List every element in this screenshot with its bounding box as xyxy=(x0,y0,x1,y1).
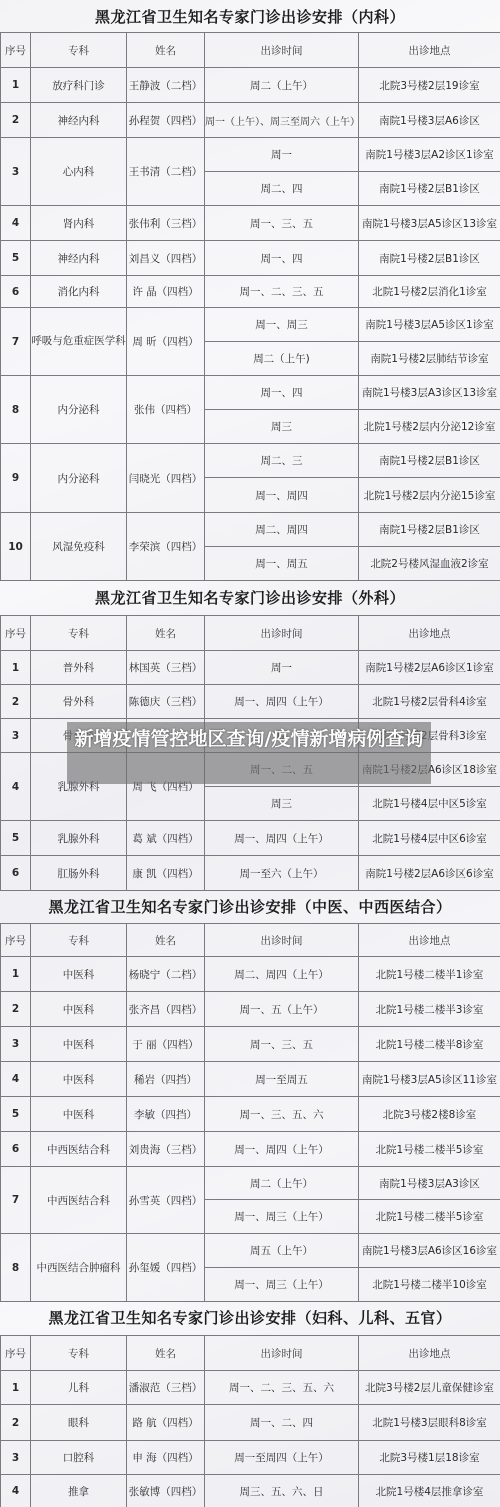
col-header-place: 出诊地点 xyxy=(359,924,500,957)
table-row: 3 口腔科 申 海（四档） 周一至周四（上午） 北院3号楼1层18诊室 xyxy=(1,1441,500,1475)
row-no: 1 xyxy=(1,68,31,103)
row-name: 潘淑范（三档） xyxy=(127,1371,205,1405)
row-name: 杨晓宁（二档） xyxy=(127,957,205,992)
table-row: 6 消化内科 许 晶（四档） 周一、二、三、五 北院1号楼2层消化1诊室 xyxy=(1,276,500,308)
row-dept: 口腔科 xyxy=(31,1441,127,1475)
row-place: 南院1号楼2层A6诊区1诊室 xyxy=(359,651,500,685)
row-time: 周二、周四 xyxy=(205,513,359,547)
row-place: 北院1号楼2层骨科4诊室 xyxy=(359,685,500,719)
row-dept: 乳腺外科 xyxy=(31,821,127,856)
row-dept: 中医科 xyxy=(31,1062,127,1097)
row-dept: 肛肠外科 xyxy=(31,856,127,891)
table-row: 7 呼吸与危重症医学科 周 昕（四档） 周一、周三 南院1号楼3层A5诊区1诊室 xyxy=(1,308,500,342)
row-no: 2 xyxy=(1,1405,31,1441)
row-no: 6 xyxy=(1,1132,31,1167)
row-name: 李敏（四挡） xyxy=(127,1097,205,1132)
row-time: 周一、周四（上午） xyxy=(205,821,359,856)
row-no: 6 xyxy=(1,856,31,891)
row-place: 南院1号楼3层A6诊区 xyxy=(359,103,500,138)
row-no: 10 xyxy=(1,513,31,581)
row-time: 周一、四 xyxy=(205,376,359,410)
row-name: 申 海（四档） xyxy=(127,1441,205,1475)
schedule-table: 序号 专科 姓名 出诊时间 出诊地点 1 中医科 杨晓宁（二档） 周二、周四（上… xyxy=(0,923,500,1302)
row-time: 周一、周三（上午） xyxy=(205,1200,359,1234)
row-time: 周一、周四（上午） xyxy=(205,1132,359,1167)
row-dept: 中医科 xyxy=(31,1097,127,1132)
section-tcm: 黑龙江省卫生知名专家门诊出诊安排（中医、中西医结合） 序号 专科 姓名 出诊时间… xyxy=(0,890,500,1302)
row-place: 南院1号楼3层A5诊区1诊室 xyxy=(359,308,500,342)
col-header-place: 出诊地点 xyxy=(359,616,500,651)
row-dept: 呼吸与危重症医学科 xyxy=(31,308,127,376)
row-dept: 内分泌科 xyxy=(31,376,127,444)
row-time: 周一、周三（上午） xyxy=(205,1268,359,1302)
table-row: 10 风湿免疫科 李荣滨（四档） 周二、周四 南院1号楼2层B1诊区 xyxy=(1,513,500,547)
row-time: 周一（上午）、周三至周六（上午） xyxy=(205,103,359,138)
row-time: 周二、周四（上午） xyxy=(205,957,359,992)
row-name: 许 晶（四档） xyxy=(127,276,205,308)
col-header-place: 出诊地点 xyxy=(359,1336,500,1371)
row-time: 周一、二、三、五 xyxy=(205,276,359,308)
row-dept: 眼科 xyxy=(31,1405,127,1441)
row-dept: 消化内科 xyxy=(31,276,127,308)
row-dept: 心内科 xyxy=(31,138,127,206)
row-time: 周一、四 xyxy=(205,241,359,276)
row-no: 4 xyxy=(1,1475,31,1507)
row-time: 周二、四 xyxy=(205,172,359,206)
table-row: 5 中医科 李敏（四挡） 周一、三、五、六 北院3号楼2楼8诊室 xyxy=(1,1097,500,1132)
row-time: 周一 xyxy=(205,138,359,172)
row-name: 王静波（二档） xyxy=(127,68,205,103)
table-row: 9 内分泌科 闫晓光（四档） 周二、三 南院1号楼2层B1诊区 xyxy=(1,444,500,478)
row-time: 周三 xyxy=(205,787,359,821)
table-row: 2 中医科 张齐昌（四档） 周一、五（上午） 北院1号楼二楼半3诊室 xyxy=(1,992,500,1027)
row-time: 周一、三、五、六 xyxy=(205,1097,359,1132)
col-header-dept: 专科 xyxy=(31,924,127,957)
row-no: 7 xyxy=(1,1167,31,1234)
row-no: 5 xyxy=(1,1097,31,1132)
row-name: 张伟（四档） xyxy=(127,376,205,444)
table-row: 3 心内科 王书清（二档） 周一 南院1号楼3层A2诊区1诊室 xyxy=(1,138,500,172)
table-header-row: 序号 专科 姓名 出诊时间 出诊地点 xyxy=(1,924,500,957)
row-name: 闫晓光（四档） xyxy=(127,444,205,513)
row-place: 北院1号楼4层推拿诊室 xyxy=(359,1475,500,1507)
row-dept: 中西医结合科 xyxy=(31,1132,127,1167)
table-row: 1 普外科 林国英（三档） 周一 南院1号楼2层A6诊区1诊室 xyxy=(1,651,500,685)
row-name: 路 航（四档） xyxy=(127,1405,205,1441)
row-place: 北院2号楼风湿血液2诊室 xyxy=(359,547,500,581)
row-place: 北院3号楼2楼8诊室 xyxy=(359,1097,500,1132)
col-header-no: 序号 xyxy=(1,924,31,957)
table-header-row: 序号 专科 姓名 出诊时间 出诊地点 xyxy=(1,33,500,68)
row-name: 康 凯（四档） xyxy=(127,856,205,891)
row-place: 南院1号楼2层A6诊区6诊室 xyxy=(359,856,500,891)
row-dept: 普外科 xyxy=(31,651,127,685)
table-row: 4 推拿 张敏博（四档） 周三、五、六、日 北院1号楼4层推拿诊室 xyxy=(1,1475,500,1507)
row-name: 王书清（二档） xyxy=(127,138,205,206)
row-time: 周二（上午） xyxy=(205,68,359,103)
row-dept: 神经内科 xyxy=(31,103,127,138)
row-no: 4 xyxy=(1,206,31,241)
row-name: 陈德庆（三档） xyxy=(127,685,205,719)
col-header-dept: 专科 xyxy=(31,1336,127,1371)
row-place: 北院1号楼二楼半3诊室 xyxy=(359,992,500,1027)
row-dept: 推拿 xyxy=(31,1475,127,1507)
row-no: 8 xyxy=(1,1234,31,1302)
col-header-no: 序号 xyxy=(1,616,31,651)
row-time: 周一、周三 xyxy=(205,308,359,342)
row-place: 北院1号楼4层中区6诊室 xyxy=(359,821,500,856)
row-place: 南院1号楼2层肺结节诊室 xyxy=(359,342,500,376)
col-header-no: 序号 xyxy=(1,33,31,68)
row-no: 3 xyxy=(1,1441,31,1475)
row-no: 2 xyxy=(1,685,31,719)
col-header-name: 姓名 xyxy=(127,616,205,651)
row-place: 南院1号楼3层A5诊区11诊室 xyxy=(359,1062,500,1097)
row-place: 南院1号楼3层A3诊区13诊室 xyxy=(359,376,500,410)
col-header-name: 姓名 xyxy=(127,924,205,957)
row-name: 张伟利（三档） xyxy=(127,206,205,241)
col-header-time: 出诊时间 xyxy=(205,924,359,957)
row-dept: 神经内科 xyxy=(31,241,127,276)
row-name: 林国英（三档） xyxy=(127,651,205,685)
table-row: 4 中医科 稀岩（四挡） 周一至周五 南院1号楼3层A5诊区11诊室 xyxy=(1,1062,500,1097)
row-dept: 中西医结合肿瘤科 xyxy=(31,1234,127,1302)
row-place: 南院1号楼2层B1诊区 xyxy=(359,513,500,547)
row-no: 5 xyxy=(1,241,31,276)
row-no: 6 xyxy=(1,276,31,308)
row-place: 北院1号楼二楼半5诊室 xyxy=(359,1132,500,1167)
row-name: 葛 斌（四档） xyxy=(127,821,205,856)
row-place: 北院1号楼二楼半5诊室 xyxy=(359,1200,500,1234)
row-no: 8 xyxy=(1,376,31,444)
row-dept: 放疗科门诊 xyxy=(31,68,127,103)
table-row: 6 中西医结合科 刘贵海（三档） 周一、周四（上午） 北院1号楼二楼半5诊室 xyxy=(1,1132,500,1167)
table-row: 3 中医科 于 丽（四档） 周一、三、五 北院1号楼二楼半8诊室 xyxy=(1,1027,500,1062)
col-header-dept: 专科 xyxy=(31,616,127,651)
row-time: 周二（上午） xyxy=(205,1167,359,1200)
table-row: 1 放疗科门诊 王静波（二档） 周二（上午） 北院3号楼2层19诊室 xyxy=(1,68,500,103)
table-row: 1 儿科 潘淑范（三档） 周一、二、三、五、六 北院3号楼2层儿童保健诊室 xyxy=(1,1371,500,1405)
row-time: 周一、周五 xyxy=(205,547,359,581)
row-place: 南院1号楼3层A5诊区13诊室 xyxy=(359,206,500,241)
row-no: 9 xyxy=(1,444,31,513)
row-time: 周一、三、五 xyxy=(205,206,359,241)
table-row: 8 中西医结合肿瘤科 孙玺媛（四档） 周五（上午） 南院1号楼3层A6诊区16诊… xyxy=(1,1234,500,1268)
row-no: 3 xyxy=(1,1027,31,1062)
section-gyn-peds-ent: 黑龙江省卫生知名专家门诊出诊安排（妇科、儿科、五官） 序号 专科 姓名 出诊时间… xyxy=(0,1300,500,1507)
row-time: 周一、周四 xyxy=(205,478,359,513)
row-place: 南院1号楼3层A3诊区 xyxy=(359,1167,500,1200)
table-row: 6 肛肠外科 康 凯（四档） 周一至六（上午） 南院1号楼2层A6诊区6诊室 xyxy=(1,856,500,891)
row-name: 刘昌义（四档） xyxy=(127,241,205,276)
row-dept: 风湿免疫科 xyxy=(31,513,127,581)
row-no: 3 xyxy=(1,719,31,753)
table-row: 5 神经内科 刘昌义（四档） 周一、四 南院1号楼2层B1诊区 xyxy=(1,241,500,276)
row-time: 周二（上午) xyxy=(205,342,359,376)
row-place: 北院1号楼2层消化1诊室 xyxy=(359,276,500,308)
row-dept: 内分泌科 xyxy=(31,444,127,513)
row-no: 7 xyxy=(1,308,31,376)
row-time: 周三 xyxy=(205,410,359,444)
row-no: 4 xyxy=(1,753,31,821)
row-dept: 骨外科 xyxy=(31,685,127,719)
table-row: 4 肾内科 张伟利（三档） 周一、三、五 南院1号楼3层A5诊区13诊室 xyxy=(1,206,500,241)
schedule-table: 序号 专科 姓名 出诊时间 出诊地点 1 儿科 潘淑范（三档） 周一、二、三、五… xyxy=(0,1335,500,1507)
table-row: 2 骨外科 陈德庆（三档） 周一、周四（上午） 北院1号楼2层骨科4诊室 xyxy=(1,685,500,719)
row-place: 北院3号楼2层19诊室 xyxy=(359,68,500,103)
row-place: 南院1号楼2层B1诊区 xyxy=(359,444,500,478)
row-place: 南院1号楼3层A2诊区1诊室 xyxy=(359,138,500,172)
row-dept: 中医科 xyxy=(31,957,127,992)
row-no: 1 xyxy=(1,1371,31,1405)
row-name: 孙程贺（四档） xyxy=(127,103,205,138)
col-header-name: 姓名 xyxy=(127,33,205,68)
row-name: 张敏博（四档） xyxy=(127,1475,205,1507)
row-dept: 肾内科 xyxy=(31,206,127,241)
row-no: 5 xyxy=(1,821,31,856)
row-place: 北院1号楼3层眼科8诊室 xyxy=(359,1405,500,1441)
row-name: 孙玺媛（四档） xyxy=(127,1234,205,1302)
row-name: 周 昕（四档） xyxy=(127,308,205,376)
row-place: 南院1号楼2层B1诊区 xyxy=(359,172,500,206)
row-time: 周一、二、四 xyxy=(205,1405,359,1441)
row-time: 周一至周五 xyxy=(205,1062,359,1097)
table-row: 2 眼科 路 航（四档） 周一、二、四 北院1号楼3层眼科8诊室 xyxy=(1,1405,500,1441)
table-row: 2 神经内科 孙程贺（四档） 周一（上午）、周三至周六（上午） 南院1号楼3层A… xyxy=(1,103,500,138)
row-place: 北院1号楼二楼半10诊室 xyxy=(359,1268,500,1302)
section-internal-medicine: 黑龙江省卫生知名专家门诊出诊安排（内科） 序号 专科 姓名 出诊时间 出诊地点 … xyxy=(0,0,500,581)
row-no: 1 xyxy=(1,957,31,992)
row-place: 北院1号楼二楼半1诊室 xyxy=(359,957,500,992)
row-place: 北院1号楼2层内分泌15诊室 xyxy=(359,478,500,513)
row-time: 周一、二、三、五、六 xyxy=(205,1371,359,1405)
row-name: 孙雪英（四档） xyxy=(127,1167,205,1234)
table-row: 5 乳腺外科 葛 斌（四档） 周一、周四（上午） 北院1号楼4层中区6诊室 xyxy=(1,821,500,856)
row-no: 2 xyxy=(1,103,31,138)
section-title: 黑龙江省卫生知名专家门诊出诊安排（外科） xyxy=(0,580,500,615)
col-header-name: 姓名 xyxy=(127,1336,205,1371)
row-time: 周一至六（上午） xyxy=(205,856,359,891)
row-dept: 中西医结合科 xyxy=(31,1167,127,1234)
table-header-row: 序号 专科 姓名 出诊时间 出诊地点 xyxy=(1,1336,500,1371)
row-place: 北院3号楼1层18诊室 xyxy=(359,1441,500,1475)
row-place: 北院3号楼2层儿童保健诊室 xyxy=(359,1371,500,1405)
row-dept: 中医科 xyxy=(31,992,127,1027)
row-place: 北院1号楼二楼半8诊室 xyxy=(359,1027,500,1062)
col-header-time: 出诊时间 xyxy=(205,1336,359,1371)
row-dept: 中医科 xyxy=(31,1027,127,1062)
table-header-row: 序号 专科 姓名 出诊时间 出诊地点 xyxy=(1,616,500,651)
section-title: 黑龙江省卫生知名专家门诊出诊安排（中医、中西医结合） xyxy=(0,890,500,923)
table-row: 8 内分泌科 张伟（四档） 周一、四 南院1号楼3层A3诊区13诊室 xyxy=(1,376,500,410)
row-place: 南院1号楼3层A6诊区16诊室 xyxy=(359,1234,500,1268)
watermark-overlay: 新增疫情管控地区查询/疫情新增病例查询 xyxy=(67,722,431,784)
row-name: 刘贵海（三档） xyxy=(127,1132,205,1167)
row-time: 周一、周四（上午） xyxy=(205,685,359,719)
row-dept: 儿科 xyxy=(31,1371,127,1405)
row-no: 1 xyxy=(1,651,31,685)
table-row: 7 中西医结合科 孙雪英（四档） 周二（上午） 南院1号楼3层A3诊区 xyxy=(1,1167,500,1200)
row-time: 周五（上午） xyxy=(205,1234,359,1268)
row-name: 稀岩（四挡） xyxy=(127,1062,205,1097)
row-time: 周一、三、五 xyxy=(205,1027,359,1062)
table-row: 1 中医科 杨晓宁（二档） 周二、周四（上午） 北院1号楼二楼半1诊室 xyxy=(1,957,500,992)
row-name: 于 丽（四档） xyxy=(127,1027,205,1062)
row-time: 周三、五、六、日 xyxy=(205,1475,359,1507)
schedule-table: 序号 专科 姓名 出诊时间 出诊地点 1 放疗科门诊 王静波（二档） 周二（上午… xyxy=(0,32,500,581)
section-title: 黑龙江省卫生知名专家门诊出诊安排（妇科、儿科、五官） xyxy=(0,1300,500,1335)
col-header-time: 出诊时间 xyxy=(205,616,359,651)
row-name: 张齐昌（四档） xyxy=(127,992,205,1027)
section-title: 黑龙江省卫生知名专家门诊出诊安排（内科） xyxy=(0,0,500,32)
row-no: 3 xyxy=(1,138,31,206)
row-no: 2 xyxy=(1,992,31,1027)
col-header-place: 出诊地点 xyxy=(359,33,500,68)
col-header-no: 序号 xyxy=(1,1336,31,1371)
row-no: 4 xyxy=(1,1062,31,1097)
row-place: 南院1号楼2层B1诊区 xyxy=(359,241,500,276)
col-header-dept: 专科 xyxy=(31,33,127,68)
row-time: 周一、五（上午） xyxy=(205,992,359,1027)
row-place: 北院1号楼4层中区5诊室 xyxy=(359,787,500,821)
row-time: 周一 xyxy=(205,651,359,685)
row-time: 周一至周四（上午） xyxy=(205,1441,359,1475)
row-place: 北院1号楼2层内分泌12诊室 xyxy=(359,410,500,444)
row-time: 周二、三 xyxy=(205,444,359,478)
col-header-time: 出诊时间 xyxy=(205,33,359,68)
row-name: 李荣滨（四档） xyxy=(127,513,205,581)
